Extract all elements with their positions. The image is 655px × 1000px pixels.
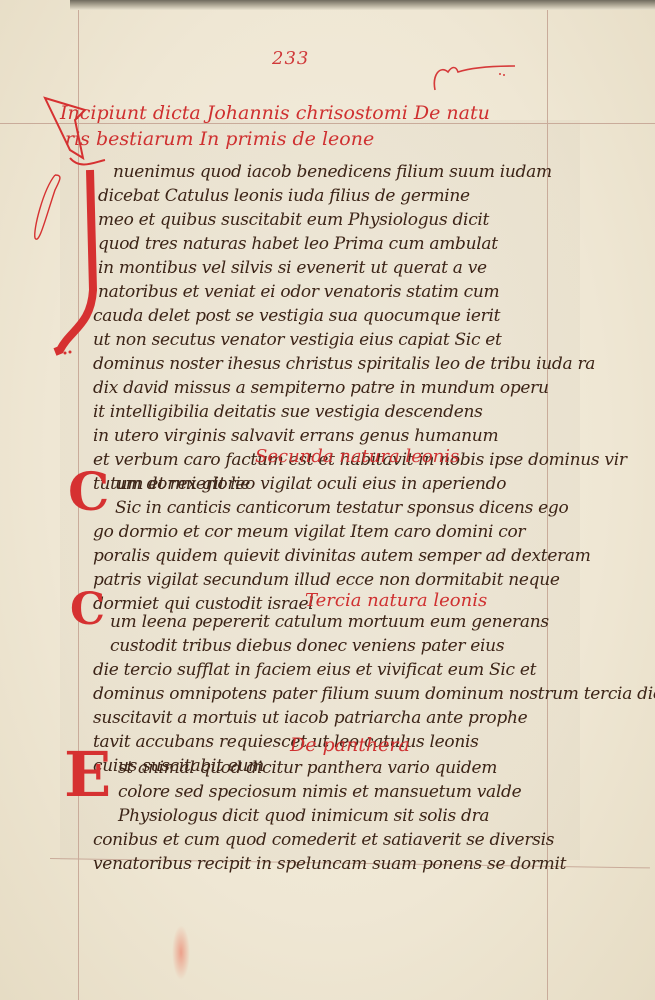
text-line: dormiet qui custodit israel xyxy=(93,594,313,614)
text-line: nuenimus quod iacob benedicens filium su… xyxy=(113,162,552,182)
text-line: custodit tribus diebus donec veniens pat… xyxy=(110,636,504,656)
text-line: dominus noster ihesus christus spiritali… xyxy=(93,354,595,374)
text-line: dominus omnipotens pater filium suum dom… xyxy=(93,684,655,704)
text-line: poralis quidem quievit divinitas autem s… xyxy=(93,546,591,566)
text-line: Physiologus dicit quod inimicum sit soli… xyxy=(118,806,489,826)
text-line: Sic in canticis canticorum testatur spon… xyxy=(115,498,568,518)
text-line: cauda delet post se vestigia sua quocumq… xyxy=(93,306,500,326)
text-line: um leena pepererit catulum mortuum eum g… xyxy=(110,612,549,632)
initial-C-tertia: C xyxy=(70,584,105,635)
text-line: venatoribus recipit in speluncam suam po… xyxy=(93,854,566,874)
initial-E-panthera: E xyxy=(64,738,111,811)
text-line: suscitavit a mortuis ut iacob patriarcha… xyxy=(93,708,527,728)
text-line: natoribus et veniat ei odor venatoris st… xyxy=(98,282,499,302)
text-line: st animal quod dicitur panthera vario qu… xyxy=(118,758,497,778)
folio-number: 233 xyxy=(272,48,309,69)
text-line: in montibus vel silvis si evenerit ut qu… xyxy=(98,258,487,278)
text-line: tavit accubans requiescet ut leo catulus… xyxy=(93,732,479,752)
text-line: dicebat Catulus leonis iuda filius de ge… xyxy=(98,186,470,206)
text-line: it intelligibilia deitatis sue vestigia … xyxy=(93,402,483,422)
text-line: in utero virginis salvavit errans genus … xyxy=(93,426,498,446)
page-top-edge xyxy=(70,0,655,10)
rubric-de-panthera: De panthera xyxy=(290,734,410,756)
rubric-secunda-natura: Secunda natura leonis xyxy=(255,446,459,467)
text-line: conibus et cum quod comederit et satiave… xyxy=(93,830,554,850)
flourish-ornament-icon xyxy=(430,60,520,100)
text-line: die tercio sufflat in faciem eius et viv… xyxy=(93,660,536,680)
text-line: colore sed speciosum nimis et mansuetum … xyxy=(118,782,521,802)
rubric-heading-line2: ris bestiarum In primis de leone xyxy=(65,128,374,150)
text-line: go dormio et cor meum vigilat Item caro … xyxy=(93,522,525,542)
text-line: ut non secutus venator vestigia eius cap… xyxy=(93,330,502,350)
red-ink-stain xyxy=(172,925,190,980)
text-line: patris vigilat secundum illud ecce non d… xyxy=(93,570,560,590)
manuscript-page: 233 Incipiunt dicta Johannis chrisostomi… xyxy=(0,0,655,1000)
text-line: meo et quibus suscitabit eum Physiologus… xyxy=(98,210,489,230)
initial-C-secunda: C xyxy=(68,462,109,523)
rubric-tertia-natura: Tercia natura leonis xyxy=(305,590,487,611)
text-line: um dormierit leo vigilat oculi eius in a… xyxy=(115,474,506,494)
text-line: dix david missus a sempiterno patre in m… xyxy=(93,378,549,398)
rubric-heading-line1: Incipiunt dicta Johannis chrisostomi De … xyxy=(60,102,490,124)
text-line: quod tres naturas habet leo Prima cum am… xyxy=(98,234,498,254)
